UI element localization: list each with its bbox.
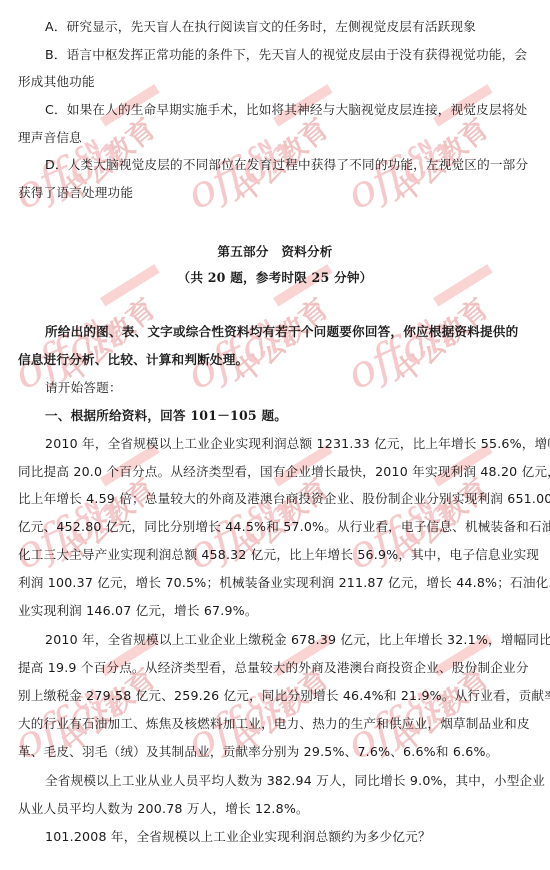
option-c-line-1: C．如果在人的生命早期实施手术，比如将其神经与大脑视觉皮层连接，视觉皮层将处 bbox=[45, 102, 534, 118]
passage-p1-line: 比上年增长 4.59 倍；总量较大的外商及港澳台商投资企业、股份制企业分别实现利… bbox=[18, 491, 534, 507]
passage-p1-line: 亿元、452.80 亿元，同比分别增长 44.5%和 57.0%。从行业看，电子… bbox=[18, 519, 534, 535]
watermark-logo: 中公教育 offcn CN bbox=[12, 290, 182, 390]
start-prompt: 请开始答题： bbox=[45, 380, 534, 396]
section-subtitle: （共 20 题，参考时限 25 分钟） bbox=[0, 270, 550, 286]
option-b-line-2: 形成其他功能 bbox=[18, 74, 534, 90]
passage-p2-line: 提高 19.9 个百分点。从经济类型看，总量较大的外商及港澳台商投资企业、股份制… bbox=[18, 660, 534, 676]
section-title: 第五部分 资料分析 bbox=[0, 244, 550, 260]
passage-p2-line: 大的行业有石油加工、炼焦及核燃料加工业，电力、热力的生产和供应业，烟草制品业和皮 bbox=[18, 716, 534, 732]
option-b-line-1: B．语言中枢发挥正常功能的条件下，先天盲人的视觉皮层由于没有获得视觉功能，会 bbox=[45, 47, 534, 63]
instructions-line-1: 所给出的图、表、文字或综合性资料均有若干个问题要你回答，你应根据资料提供的 bbox=[45, 324, 534, 340]
passage-p3-line: 从业人员平均人数为 200.78 万人，增长 12.8%。 bbox=[18, 801, 534, 817]
option-d-line-1: D．人类大脑视觉皮层的不同部位在发育过程中获得了不同的功能，左视觉区的一部分 bbox=[45, 157, 534, 173]
passage-p2-line: 别上缴税金 279.58 亿元、259.26 亿元，同比分别增长 46.4%和 … bbox=[18, 688, 534, 704]
passage-p2-line: 2010 年，全省规模以上工业企业上缴税金 678.39 亿元，比上年增长 32… bbox=[45, 632, 534, 648]
passage-p1-line: 化工三大主导产业实现利润总额 458.32 亿元，比上年增长 56.9%，其中，… bbox=[18, 547, 534, 563]
option-c-line-2: 理声音信息 bbox=[18, 130, 534, 146]
watermark-logo: 中公教育 offcn CN bbox=[345, 290, 515, 390]
passage-p3-line: 全省规模以上工业从业人员平均人数为 382.94 万人，同比增长 9.0%，其中… bbox=[45, 773, 534, 789]
option-d-line-2: 获得了语言处理功能 bbox=[18, 185, 534, 201]
document-page: 中公教育 offcn CN 中公教育 offcn CN 中公教育 offcn C… bbox=[0, 0, 550, 870]
passage-p1-line: 利润 100.37 亿元，增长 70.5%；机械装备业实现利润 211.87 亿… bbox=[18, 575, 534, 591]
watermark-logo: 中公教育 offcn CN bbox=[185, 290, 355, 390]
passage-p1-line: 2010 年，全省规模以上工业企业实现利润总额 1231.33 亿元，比上年增长… bbox=[45, 436, 534, 452]
passage-p1-line: 业实现利润 146.07 亿元，增长 67.9%。 bbox=[18, 603, 534, 619]
instructions-line-2: 信息进行分析、比较、计算和判断处理。 bbox=[18, 352, 534, 368]
passage-p2-line: 革、毛皮、羽毛（绒）及其制品业，贡献率分别为 29.5%、7.6%、6.6%和 … bbox=[18, 744, 534, 760]
group-heading: 一、根据所给资料，回答 101－105 题。 bbox=[45, 408, 534, 424]
passage-p1-line: 同比提高 20.0 个百分点。从经济类型看，国有企业增长最快，2010 年实现利… bbox=[18, 464, 534, 480]
question-101: 101.2008 年，全省规模以上工业企业实现利润总额约为多少亿元？ bbox=[45, 829, 534, 845]
option-a: A．研究显示，先天盲人在执行阅读盲文的任务时，左侧视觉皮层有活跃现象 bbox=[45, 19, 534, 35]
